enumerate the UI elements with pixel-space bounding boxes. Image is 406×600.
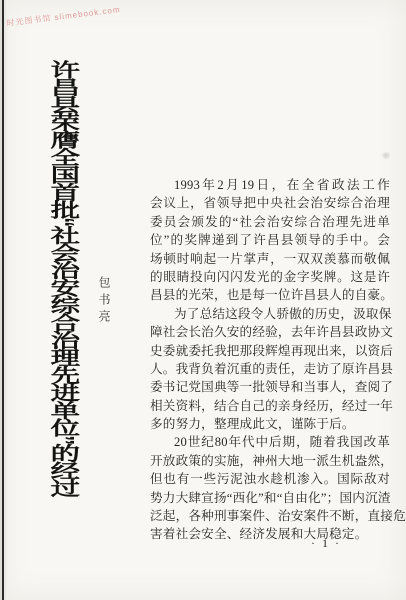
scan-edge-line [2,0,4,600]
body-text-line: 但也有一些污泥浊水趁机渗入。国际敌对 [150,470,390,488]
body-text-line: 1993年2月19日，在全省政法工作 [150,176,390,194]
body-text-line: 昌县的光荣，也是每一位许昌县人的自豪。 [150,286,390,304]
body-text-line: 泛起，各种刑事案件、治安案件不断，直接危 [150,507,390,525]
body-text-line: 开放政策的实施，神州大地一派生机盎然， [150,452,390,470]
body-text-line: 会议上，省领导把中央社会治安综合治理 [150,194,390,212]
body-text-line: 多的努力，整理成此文，谨陈于后。 [150,415,390,433]
body-text-line: 位”的奖牌递到了许昌县领导的手中。会 [150,231,390,249]
body-text-line: 势力大肆宣扬“西化”和“自由化”；国内沉渣 [150,489,390,507]
article-title-block: 许昌县荣膺全国首批“社会治安综合治理先进单位”的经过 [53,60,72,540]
body-text: 1993年2月19日，在全省政法工作会议上，省领导把中央社会治安综合治理委员会颁… [150,176,390,544]
body-text-line: 为了总结这段令人骄傲的历史，汲取保 [150,305,390,323]
body-text-line: 人。我背负着沉重的责任，走访了原许昌县 [150,360,390,378]
body-text-line: 委员会颁发的“社会治安综合治理先进单 [150,213,390,231]
scan-smudge-artifact [382,152,390,159]
watermark-text: 时光图书馆 slimebook.com [6,4,121,29]
article-title-vertical: 许昌县荣膺全国首批“社会治安综合治理先进单位”的经过 [48,60,77,496]
scanned-book-page: 时光图书馆 slimebook.com 许昌县荣膺全国首批“社会治安综合治理先进… [0,0,406,600]
body-text-line: 20世纪80年代中后期，随着我国改革 [150,433,390,451]
body-text-line: 史委就委托我把那段辉煌再现出来，以资后 [150,342,390,360]
body-text-line: 的眼睛投向闪闪发光的金字奖牌。这是许 [150,268,390,286]
body-text-line: 场顿时响起一片掌声，一双双羡慕而敬佩 [150,250,390,268]
author-name: 包书亮 [96,276,113,327]
body-text-line: 委书记党国典等一批领导和当事人，查阅了 [150,378,390,396]
body-text-line: 相关资料，结合自己的亲身经历，经过一年 [150,397,390,415]
page-number: · 1 · [296,536,356,551]
body-text-line: 障社会长治久安的经验，去年许昌县政协文 [150,323,390,341]
